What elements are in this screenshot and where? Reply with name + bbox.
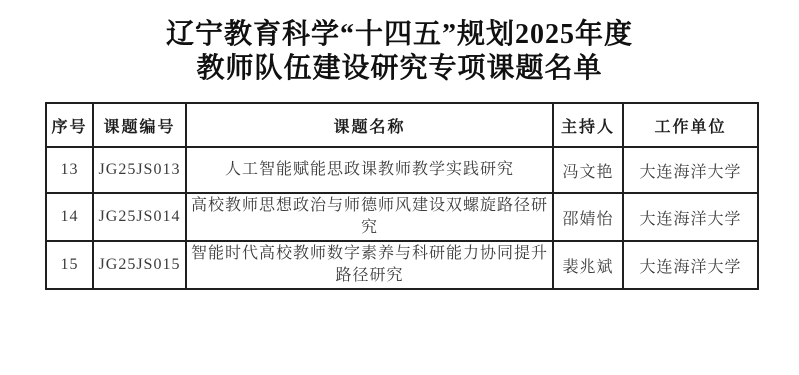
table-row: 15 JG25JS015 智能时代高校教师数字素养与科研能力协同提升路径研究 裴… [46, 241, 758, 289]
table-row: 14 JG25JS014 高校教师思想政治与师德师风建设双螺旋路径研究 邵婧怡 … [46, 193, 758, 241]
table-row: 13 JG25JS013 人工智能赋能思政课教师教学实践研究 冯文艳 大连海洋大… [46, 147, 758, 193]
projects-table: 序号 课题编号 课题名称 主持人 工作单位 13 JG25JS013 人工智能赋… [45, 102, 759, 290]
doc-title: 辽宁教育科学“十四五”规划2025年度 教师队伍建设研究专项课题名单 [0, 18, 799, 86]
cell-code: JG25JS013 [93, 147, 186, 193]
cell-name: 高校教师思想政治与师德师风建设双螺旋路径研究 [186, 193, 553, 241]
col-header-code: 课题编号 [93, 103, 186, 147]
doc-title-line1: 辽宁教育科学“十四五”规划2025年度 [0, 18, 799, 52]
cell-name: 智能时代高校教师数字素养与科研能力协同提升路径研究 [186, 241, 553, 289]
cell-org: 大连海洋大学 [623, 193, 758, 241]
document-page: 辽宁教育科学“十四五”规划2025年度 教师队伍建设研究专项课题名单 序号 课题… [0, 0, 799, 375]
cell-name: 人工智能赋能思政课教师教学实践研究 [186, 147, 553, 193]
col-header-leader: 主持人 [553, 103, 623, 147]
cell-org: 大连海洋大学 [623, 147, 758, 193]
cell-code: JG25JS015 [93, 241, 186, 289]
col-header-name: 课题名称 [186, 103, 553, 147]
doc-title-line2: 教师队伍建设研究专项课题名单 [0, 52, 799, 86]
cell-org: 大连海洋大学 [623, 241, 758, 289]
cell-no: 14 [46, 193, 93, 241]
cell-leader: 邵婧怡 [553, 193, 623, 241]
cell-code: JG25JS014 [93, 193, 186, 241]
cell-leader: 冯文艳 [553, 147, 623, 193]
col-header-org: 工作单位 [623, 103, 758, 147]
col-header-no: 序号 [46, 103, 93, 147]
cell-no: 13 [46, 147, 93, 193]
cell-leader: 裴兆斌 [553, 241, 623, 289]
cell-no: 15 [46, 241, 93, 289]
table-header-row: 序号 课题编号 课题名称 主持人 工作单位 [46, 103, 758, 147]
